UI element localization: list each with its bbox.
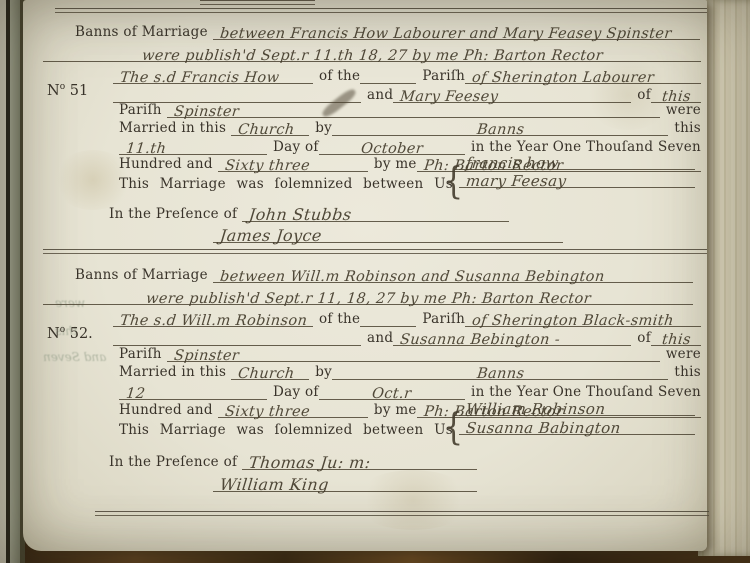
entry-number: No 52. bbox=[47, 325, 93, 342]
no-value: 51 bbox=[70, 83, 88, 99]
day-value: 12 bbox=[118, 386, 146, 402]
row-banns: Banns of Marriage between Francis How La… bbox=[75, 23, 700, 40]
banns-couple-value: between Will.m Robinson and Susanna Bebi… bbox=[212, 269, 605, 285]
married-label: Married in this bbox=[119, 120, 231, 136]
blank-line: between Will.m Robinson and Susanna Bebi… bbox=[213, 269, 693, 283]
blank-line: Church bbox=[231, 366, 309, 380]
witness1-signature: Thomas Ju: m: bbox=[241, 453, 372, 472]
church-value: Church bbox=[230, 366, 295, 382]
row-presence: In the Preſence of John Stubbs bbox=[109, 205, 509, 222]
row-day-month: 12 Day of Oct.r in the Year One Thouſand… bbox=[119, 383, 701, 400]
row-witness2: James Joyce bbox=[213, 226, 563, 243]
witness2-signature: William King bbox=[212, 475, 330, 494]
banns-label: Banns of Marriage bbox=[75, 267, 213, 283]
residence-value: of Sherington Black-smith bbox=[464, 313, 674, 329]
blank-line: were publish'd Sept.r 11, 18, 27 by me P… bbox=[43, 291, 693, 305]
blank-line: The s.d Will.m Robinson bbox=[113, 313, 313, 327]
blank-line: William King bbox=[213, 475, 477, 492]
by-me-label: by me bbox=[368, 156, 417, 172]
by-me-label: by me bbox=[368, 402, 417, 418]
groom-signature-line: francis how bbox=[459, 154, 695, 170]
row-day-month: 11.th Day of October in the Year One Tho… bbox=[119, 138, 701, 155]
banns-couple-value: between Francis How Labourer and Mary Fe… bbox=[212, 26, 672, 42]
banns-label: Banns of Marriage bbox=[75, 24, 213, 40]
were-label: were bbox=[660, 346, 701, 362]
said-name-value: The s.d Francis How bbox=[112, 70, 280, 86]
blank-line: The s.d Francis How bbox=[113, 70, 313, 84]
hundred-label: Hundred and bbox=[119, 402, 218, 418]
married-label: Married in this bbox=[119, 364, 231, 380]
row-published: were publish'd Sept.r 11, 18, 27 by me P… bbox=[43, 288, 693, 305]
groom-signature: William Robinson bbox=[458, 400, 606, 418]
solemnized-label: This Marriage was ſolemnized between Us bbox=[119, 422, 453, 438]
presence-label: In the Preſence of bbox=[109, 454, 242, 470]
book-photo: were this and Seven No 51 Banns of Marri… bbox=[0, 0, 750, 563]
blank-line: Susanna Bebington - bbox=[393, 332, 631, 346]
solemnized-label: This Marriage was ſolemnized between Us bbox=[119, 176, 453, 192]
blank-line: Thomas Ju: m: bbox=[242, 453, 477, 470]
blank-line bbox=[360, 83, 416, 84]
this-label: this bbox=[668, 364, 701, 380]
top-rule bbox=[55, 8, 707, 13]
blank-line: Oct.r bbox=[319, 386, 465, 400]
row-said-party: The s.d Francis How of the Pariſh of She… bbox=[113, 67, 701, 84]
blank-line: Spinster bbox=[167, 348, 660, 362]
by-label: by bbox=[309, 364, 332, 380]
presence-label: In the Preſence of bbox=[109, 206, 242, 222]
blank-line: this bbox=[651, 332, 701, 346]
blank-line: Church bbox=[231, 122, 309, 136]
blank-line: October bbox=[319, 141, 465, 155]
row-bride-party: and Susanna Bebington - of this bbox=[113, 329, 701, 346]
blank-line: of Sherington Black-smith bbox=[465, 313, 701, 327]
condition-value: Spinster bbox=[166, 104, 240, 120]
blank-line: James Joyce bbox=[213, 226, 563, 243]
blank-line: 12 bbox=[119, 386, 267, 400]
parish-label: Pariſh bbox=[416, 68, 465, 84]
witness1-signature: John Stubbs bbox=[241, 205, 353, 224]
bottom-rule bbox=[95, 511, 709, 516]
publish-value: were publish'd Sept.r 11, 18, 27 by me P… bbox=[145, 291, 592, 307]
entry-number: No 51 bbox=[47, 82, 88, 99]
no-sup: o bbox=[60, 82, 65, 92]
blank-line: John Stubbs bbox=[242, 205, 509, 222]
groom-signature: francis how bbox=[458, 154, 560, 172]
blank-line: between Francis How Labourer and Mary Fe… bbox=[213, 26, 700, 40]
register-page: were this and Seven No 51 Banns of Marri… bbox=[23, 0, 707, 551]
row-married-by: Married in this Church by Banns this bbox=[119, 363, 701, 380]
hundred-label: Hundred and bbox=[119, 156, 218, 172]
and-label: and bbox=[361, 330, 393, 346]
blank-line: Banns bbox=[332, 122, 668, 136]
were-label: were bbox=[660, 102, 701, 118]
blank-line bbox=[360, 326, 416, 327]
method-value: Banns bbox=[476, 366, 525, 382]
no-prefix: N bbox=[47, 83, 60, 99]
row-parish-condition: Pariſh Spinster were bbox=[119, 345, 701, 362]
of-the-label: of the bbox=[313, 311, 360, 327]
witness2-signature: James Joyce bbox=[212, 226, 323, 245]
year-words-value: Sixty three bbox=[217, 158, 311, 174]
parish-label: Pariſh bbox=[119, 102, 167, 118]
left-binding-strip bbox=[10, 0, 20, 563]
blank-line: Sixty three bbox=[218, 158, 368, 172]
blank-line: were publish'd Sept.r 11.th 18, 27 by me… bbox=[43, 48, 701, 62]
blank-line: of Sherington Labourer bbox=[465, 70, 701, 84]
month-value: Oct.r bbox=[371, 386, 412, 402]
no-sup: o bbox=[60, 325, 65, 335]
method-value: Banns bbox=[476, 122, 525, 138]
no-value: 52. bbox=[70, 326, 93, 342]
row-married-by: Married in this Church by Banns this bbox=[119, 119, 701, 136]
blank-line: 11.th bbox=[119, 141, 267, 155]
bride-signature: mary Feesay bbox=[458, 172, 567, 190]
row-banns: Banns of Marriage between Will.m Robinso… bbox=[75, 266, 693, 283]
day-of-label: Day of bbox=[267, 139, 319, 155]
church-value: Church bbox=[230, 122, 295, 138]
day-of-label: Day of bbox=[267, 384, 319, 400]
year-label: in the Year One Thouſand Seven bbox=[465, 139, 701, 155]
groom-signature-line: William Robinson bbox=[459, 400, 695, 416]
parish-label: Pariſh bbox=[416, 311, 465, 327]
of-label: of bbox=[631, 330, 651, 346]
ghost-text: and Seven bbox=[43, 350, 106, 364]
row-published: were publish'd Sept.r 11.th 18, 27 by me… bbox=[43, 45, 701, 62]
row-said-party: The s.d Will.m Robinson of the Pariſh of… bbox=[113, 310, 701, 327]
this-label: this bbox=[668, 120, 701, 136]
parish-label: Pariſh bbox=[119, 346, 167, 362]
publish-value: were publish'd Sept.r 11.th 18, 27 by me… bbox=[141, 48, 604, 64]
bride-signature-line: mary Feesay bbox=[459, 172, 695, 188]
top-rule-partial bbox=[200, 0, 315, 5]
bride-signature: Susanna Babington bbox=[458, 419, 622, 437]
row-parish-condition: Pariſh Spinster were bbox=[119, 101, 701, 118]
blank-line: Sixty three bbox=[218, 404, 368, 418]
no-prefix: N bbox=[47, 326, 60, 342]
row-presence: In the Preſence of Thomas Ju: m: bbox=[109, 453, 477, 470]
blank-line: Banns bbox=[332, 366, 668, 380]
condition-value: Spinster bbox=[166, 348, 240, 364]
row-witness2: William King bbox=[213, 475, 477, 492]
residence-value: of Sherington Labourer bbox=[464, 70, 655, 86]
entry-separator-rule bbox=[43, 249, 707, 254]
year-label: in the Year One Thouſand Seven bbox=[465, 384, 701, 400]
of-the-label: of the bbox=[313, 68, 360, 84]
said-name-value: The s.d Will.m Robinson bbox=[112, 313, 308, 329]
blank-line: Spinster bbox=[167, 104, 660, 118]
by-label: by bbox=[309, 120, 332, 136]
year-words-value: Sixty three bbox=[217, 404, 311, 420]
bride-signature-line: Susanna Babington bbox=[459, 419, 695, 435]
